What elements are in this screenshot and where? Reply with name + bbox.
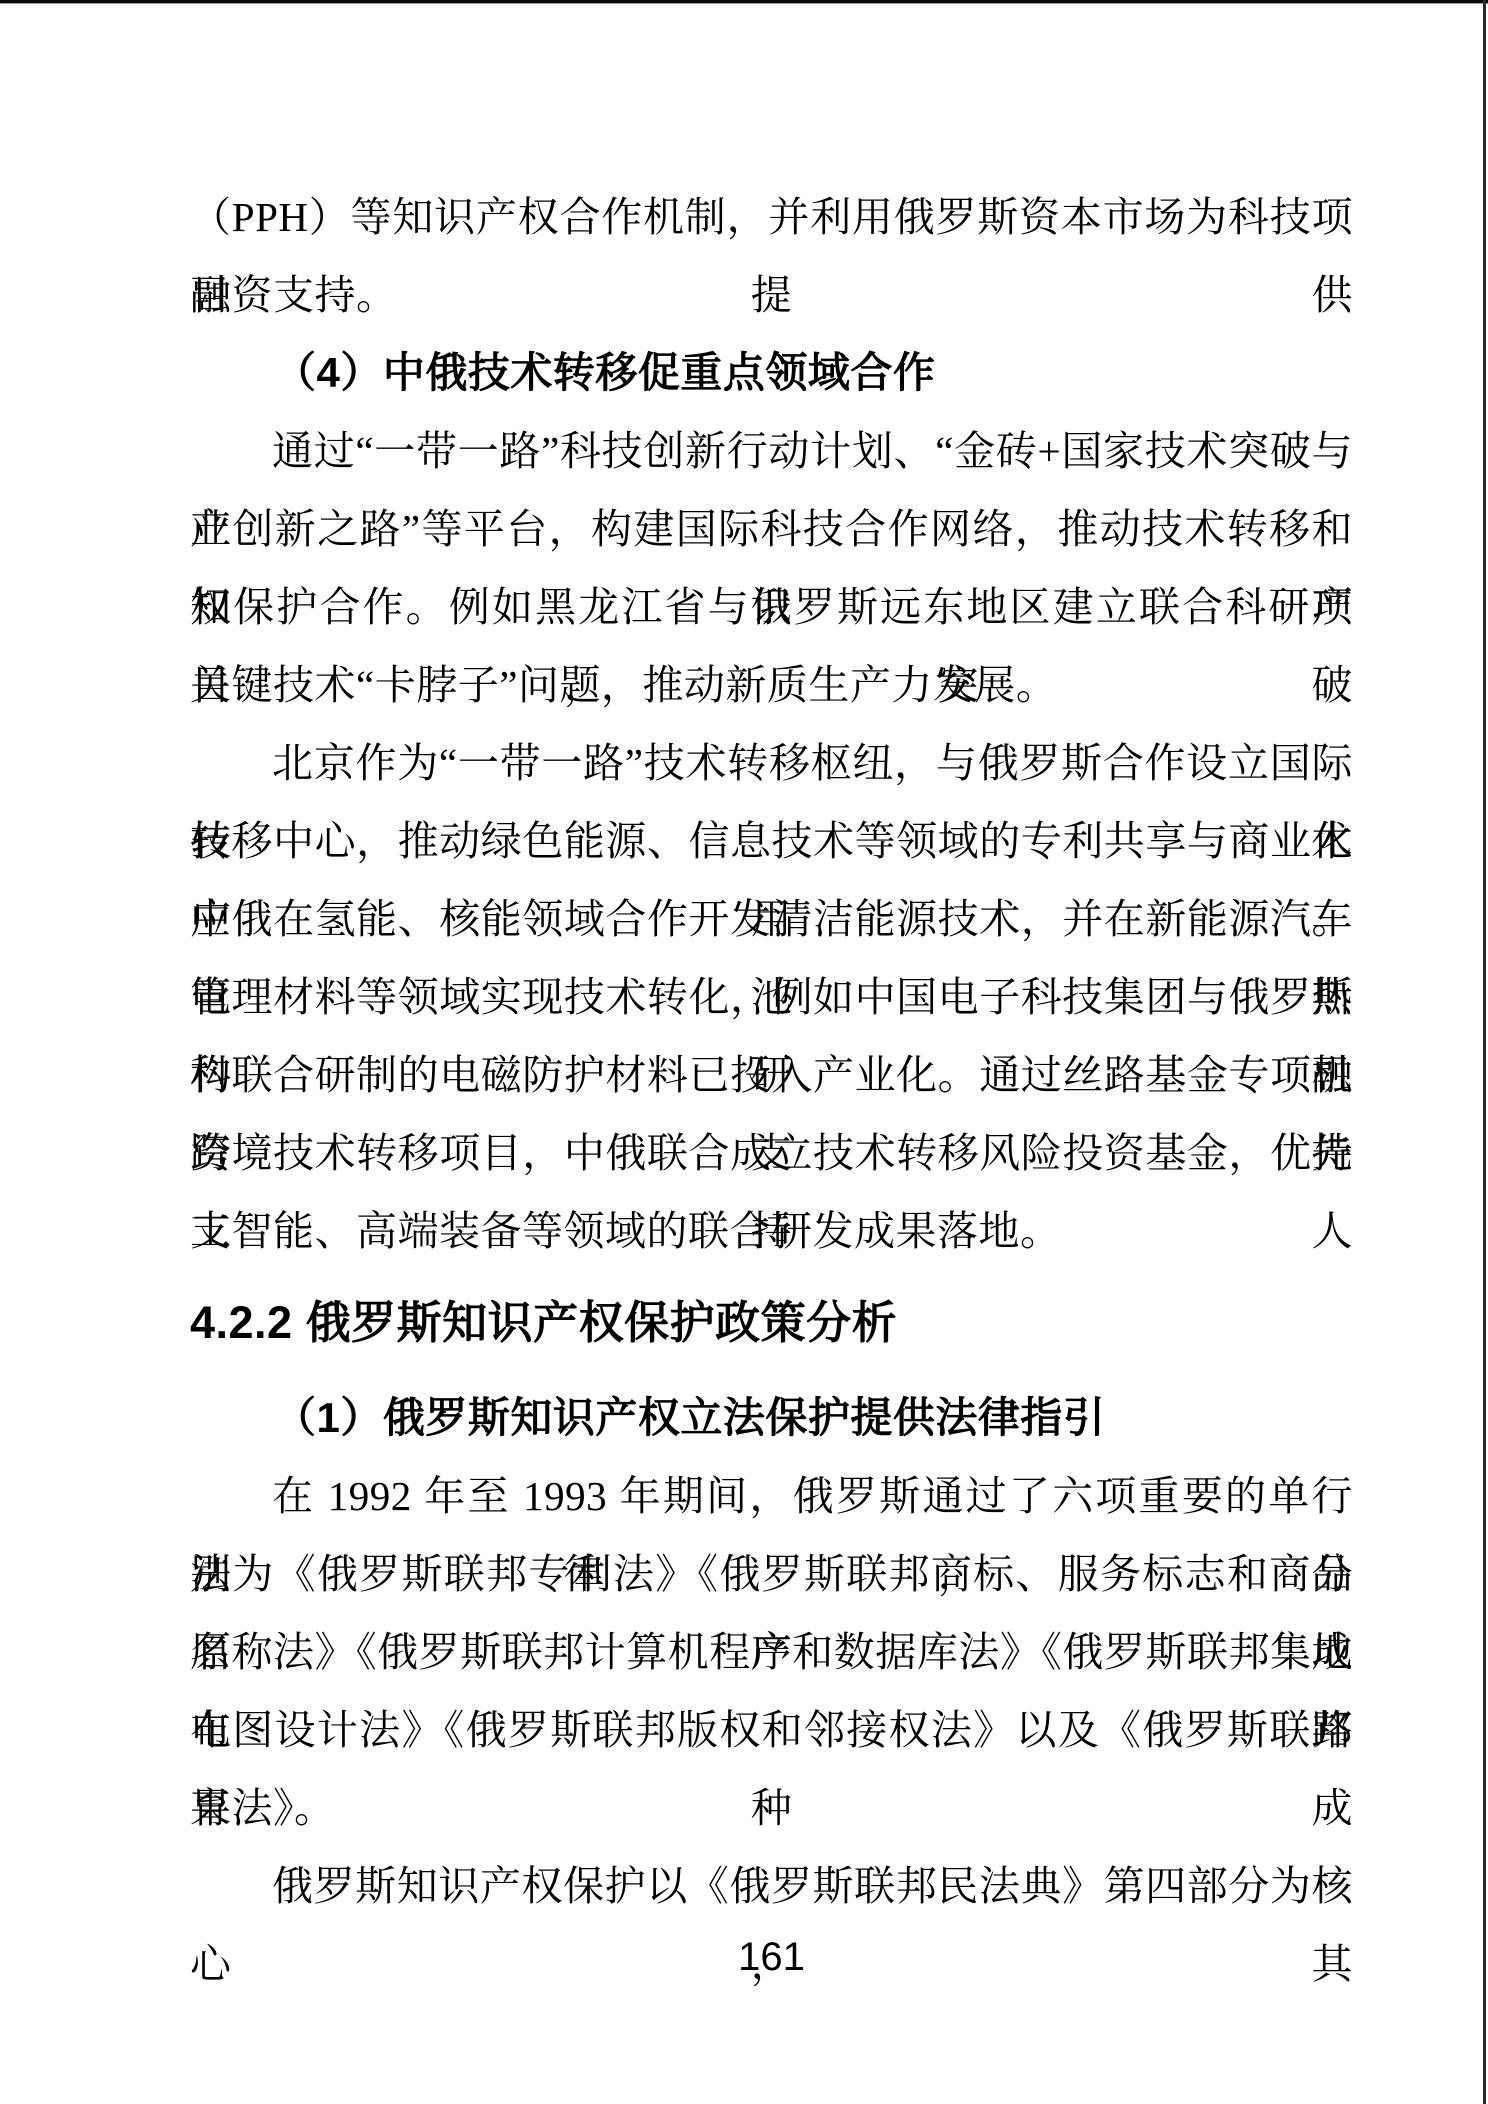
text-line: 权保护合作。例如黑龙江省与俄罗斯远东地区建立联合科研项目，突破 — [190, 568, 1353, 646]
section-heading: 4.2.2 俄罗斯知识产权保护政策分析 — [190, 1284, 1353, 1362]
subsection-heading: （1）俄罗斯知识产权立法保护提供法律指引 — [190, 1379, 1353, 1457]
document-page: （PPH）等知识产权合作机制，并利用俄罗斯资本市场为科技项目提供 融资支持。 （… — [0, 0, 1488, 2104]
text-line: 跨境技术转移项目，中俄联合成立技术转移风险投资基金，优先支持人 — [190, 1114, 1353, 1192]
text-line: 通过“一带一路”科技创新行动计划、“金砖+国家技术突破与产 — [190, 412, 1353, 490]
text-line: 布图设计法》《俄罗斯联邦版权和邻接权法》以及《俄罗斯联邦育种成 — [190, 1691, 1353, 1769]
text-line: 中俄在氢能、核能领域合作开发清洁能源技术，并在新能源汽车电池热 — [190, 880, 1353, 958]
text-line: （PPH）等知识产权合作机制，并利用俄罗斯资本市场为科技项目提供 — [190, 178, 1353, 256]
text-line: 转移中心，推动绿色能源、信息技术等领域的专利共享与商业化应用。 — [190, 802, 1353, 880]
text-line: 别为《俄罗斯联邦专利法》《俄罗斯联邦商标、服务标志和商品原产地 — [190, 1535, 1353, 1613]
text-line: 在 1992 年至 1993 年期间，俄罗斯通过了六项重要的单行法律，分 — [190, 1457, 1353, 1535]
text-line: 管理材料等领域实现技术转化，例如中国电子科技集团与俄罗斯科研机 — [190, 958, 1353, 1036]
text-line: 业创新之路”等平台，构建国际科技合作网络，推动技术转移和知识产 — [190, 490, 1353, 568]
subsection-heading: （4）中俄技术转移促重点领域合作 — [190, 334, 1353, 412]
text-line: 名称法》《俄罗斯联邦计算机程序和数据库法》《俄罗斯联邦集成电路 — [190, 1613, 1353, 1691]
text-line: 俄罗斯知识产权保护以《俄罗斯联邦民法典》第四部分为核心，其 — [190, 1847, 1353, 1925]
page-content: （PPH）等知识产权合作机制，并利用俄罗斯资本市场为科技项目提供 融资支持。 （… — [0, 0, 1488, 1987]
text-line: 北京作为“一带一路”技术转移枢纽，与俄罗斯合作设立国际技术 — [190, 724, 1353, 802]
text-line: 构联合研制的电磁防护材料已投入产业化。通过丝路基金专项融资支持 — [190, 1036, 1353, 1114]
